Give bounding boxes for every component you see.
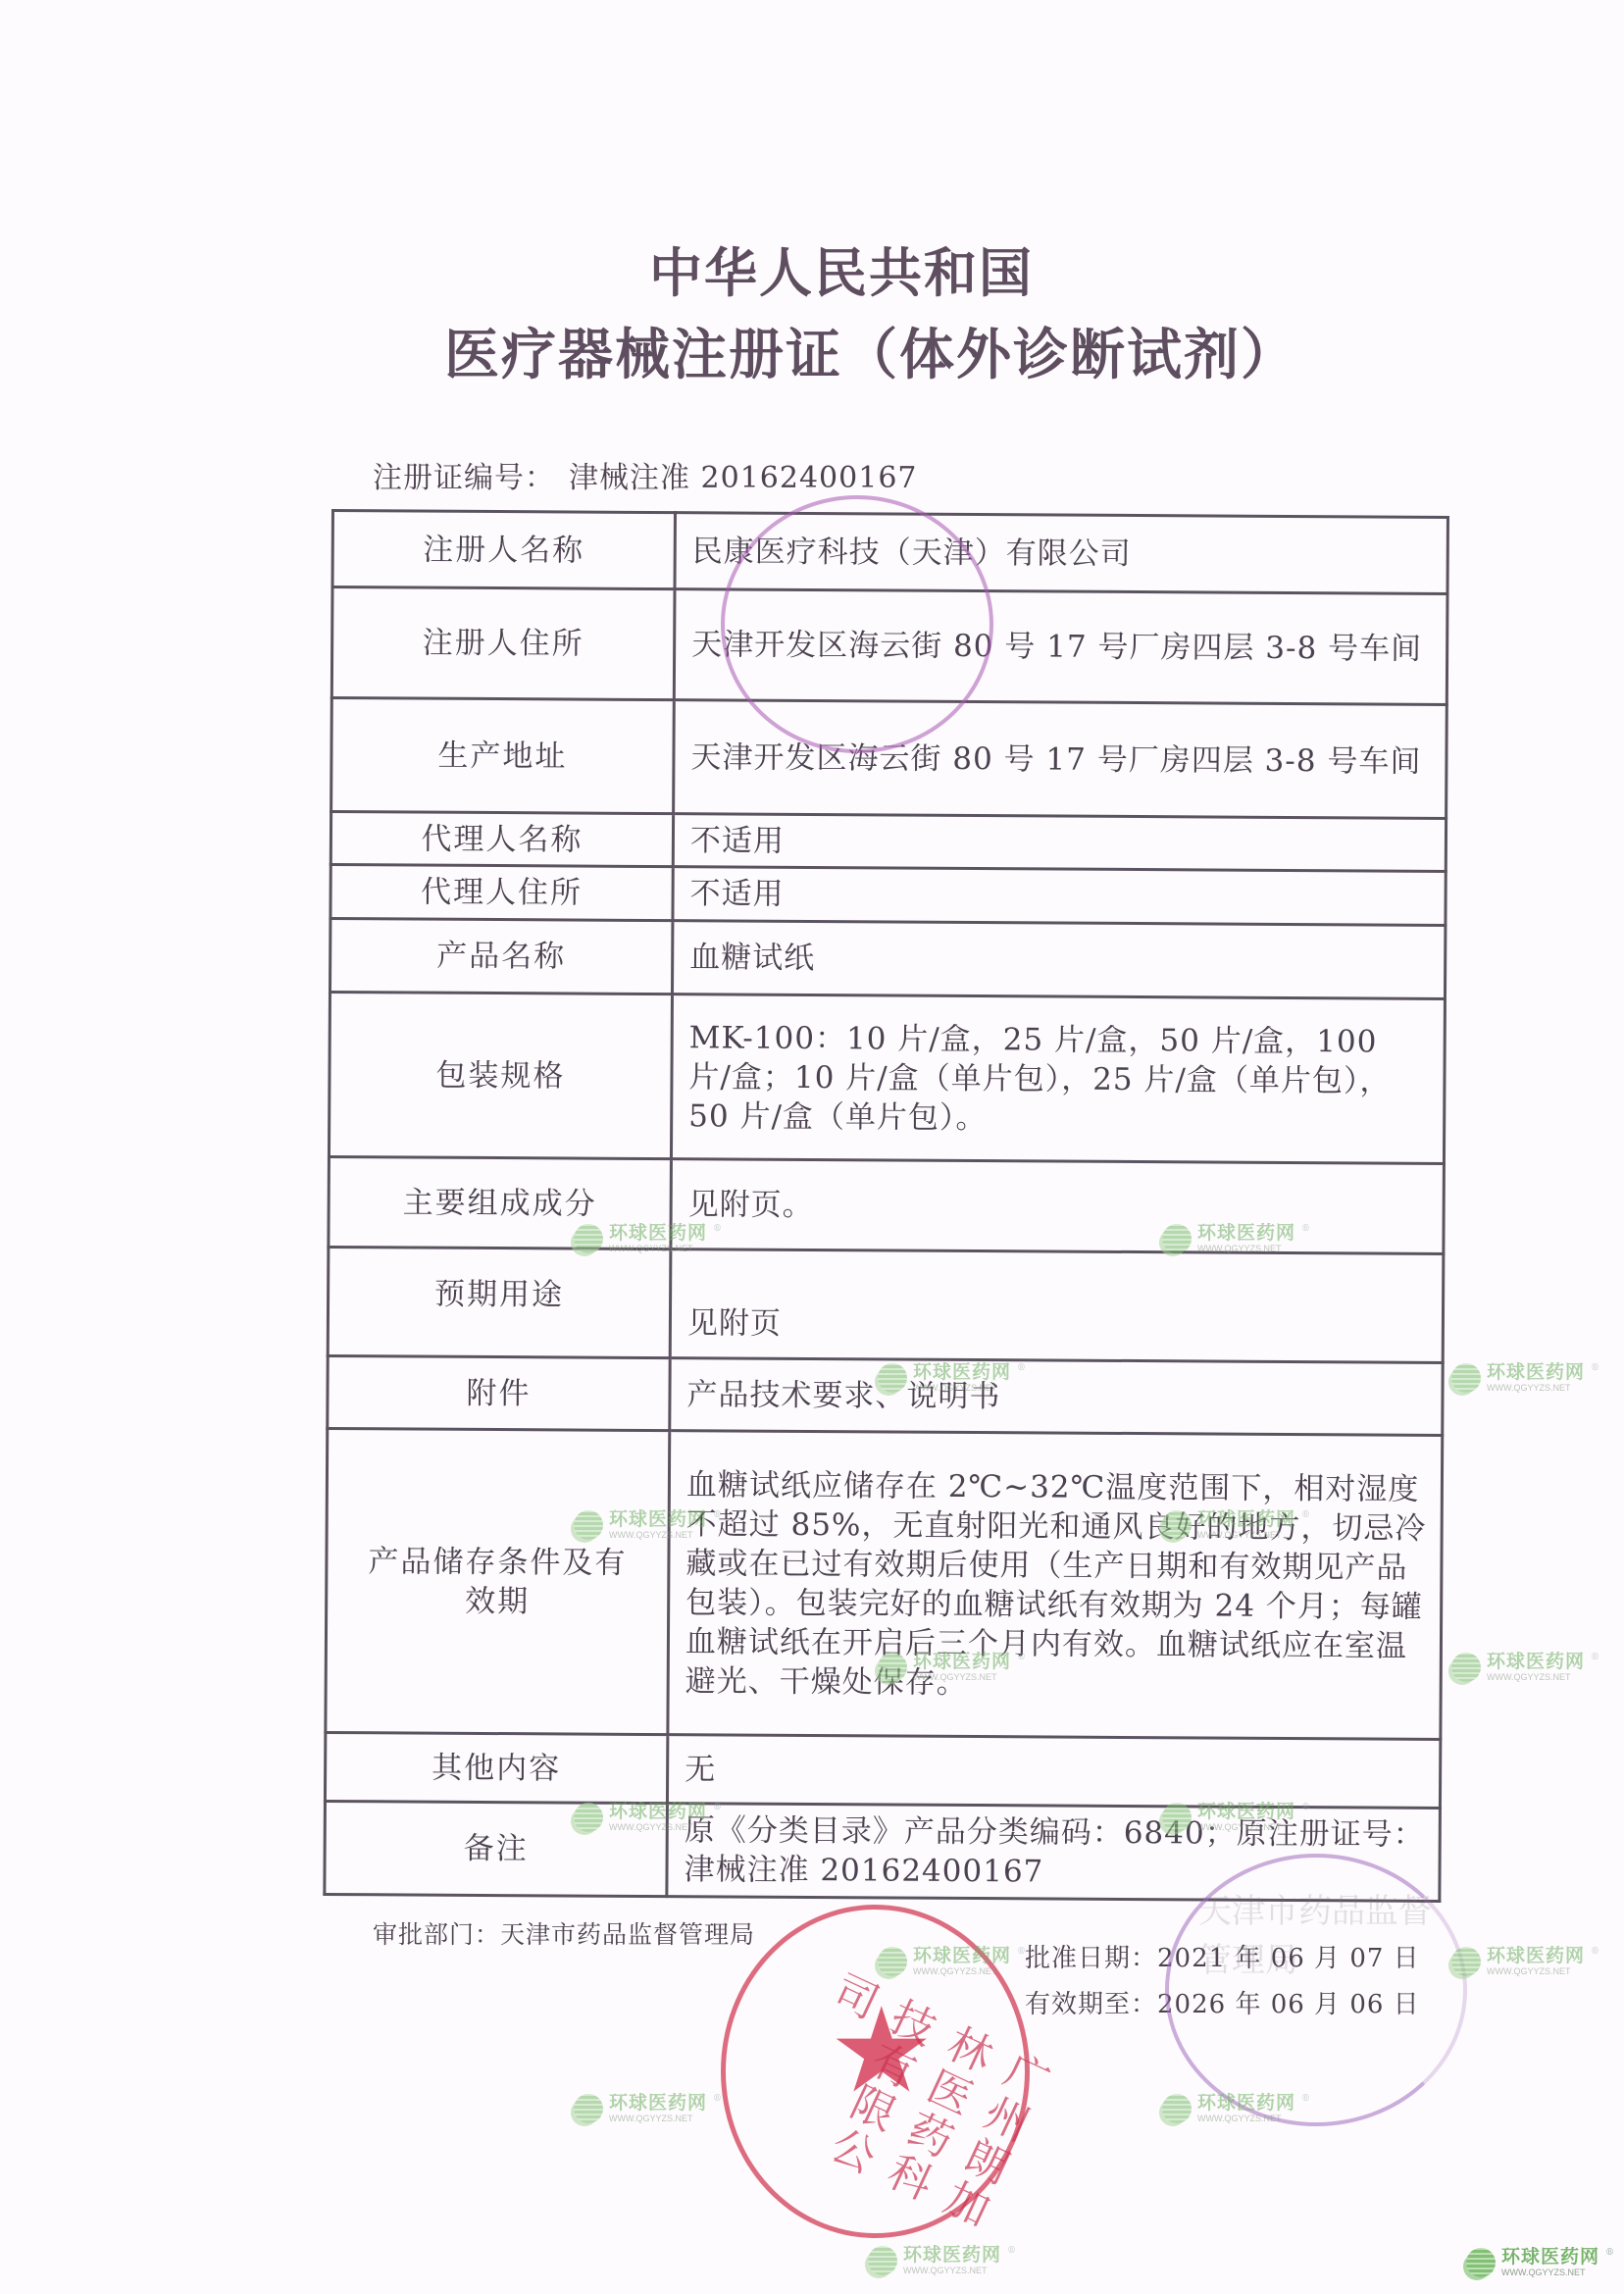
row-label: 预期用途: [328, 1247, 671, 1357]
table-row-packaging-spec: 包装规格 MK-100：10 片/盒，25 片/盒，50 片/盒，100 片/盒…: [329, 993, 1445, 1164]
row-label: 备注: [325, 1801, 668, 1896]
row-value: 血糖试纸应储存在 2℃~32℃温度范围下，相对湿度不超过 85%，无直射阳光和通…: [668, 1431, 1443, 1740]
registered-mark: ®: [1591, 1363, 1599, 1373]
registration-number-value: 津械注准 20162400167: [569, 461, 918, 495]
row-value: 民康医疗科技（天津）有限公司: [675, 513, 1447, 594]
row-value: 无: [667, 1735, 1440, 1809]
watermark-name: 环球医药网: [1197, 2094, 1295, 2113]
watermark: 环球医药网WWW.QGYYZS.NET ®: [1451, 1653, 1599, 1682]
table-row-remarks: 备注 原《分类目录》产品分类编码：6840；原注册证号：津械注准 2016240…: [325, 1801, 1441, 1901]
watermark: 环球医药网WWW.QGYYZS.NET ®: [868, 2246, 1016, 2275]
watermark-url: WWW.QGYYZS.NET: [903, 2267, 1001, 2275]
company-seal-text: 广州朗加林医药科技有限公司: [736, 1961, 1060, 2275]
row-value: 天津开发区海云街 80 号 17 号厂房四层 3-8 号车间: [674, 700, 1447, 819]
watermark-url: WWW.QGYYZS.NET: [1501, 2269, 1599, 2277]
certificate-table: 注册人名称 民康医疗科技（天津）有限公司 注册人住所 天津开发区海云街 80 号…: [323, 509, 1449, 1903]
table-row-storage-validity: 产品储存条件及有效期 血糖试纸应储存在 2℃~32℃温度范围下，相对湿度不超过 …: [326, 1428, 1443, 1739]
watermark-corner-logo: 环球医药网WWW.QGYYZS.NET ®: [1466, 2248, 1614, 2277]
row-label: 包装规格: [329, 993, 672, 1159]
table-row-attachments: 附件 产品技术要求、说明书: [328, 1355, 1443, 1435]
globe-icon: [1451, 1363, 1481, 1393]
table-row-production-address: 生产地址 天津开发区海云街 80 号 17 号厂房四层 3-8 号车间: [331, 698, 1447, 819]
watermark-url: WWW.QGYYZS.NET: [913, 1967, 1011, 1976]
row-label: 注册人名称: [332, 511, 675, 589]
document-title-certificate: 医疗器械注册证（体外诊断试剂）: [59, 312, 1624, 390]
globe-icon: [1451, 1947, 1481, 1976]
registered-mark: ®: [713, 2094, 722, 2104]
row-value: 原《分类目录》产品分类编码：6840；原注册证号：津械注准 2016240016…: [667, 1804, 1441, 1902]
globe-icon: [868, 2246, 897, 2275]
approval-department: 审批部门：天津市药品监督管理局: [373, 1915, 755, 1951]
table-row-intended-use: 预期用途 见附页: [328, 1247, 1444, 1362]
row-label: 产品名称: [330, 919, 672, 994]
watermark-name: 环球医药网: [1487, 1947, 1585, 1965]
row-label: 其他内容: [325, 1732, 667, 1803]
globe-icon: [878, 1947, 907, 1976]
watermark-url: WWW.QGYYZS.NET: [1197, 2115, 1295, 2123]
registered-mark: ®: [1591, 1947, 1599, 1957]
watermark: 环球医药网WWW.QGYYZS.NET ®: [1451, 1947, 1599, 1976]
approval-date: 批准日期：2021 年 06 月 07 日: [1025, 1938, 1420, 1974]
globe-icon: [574, 2094, 603, 2123]
table-row-product-name: 产品名称 血糖试纸: [330, 919, 1445, 999]
registered-mark: ®: [1301, 2094, 1310, 2104]
row-value: 天津开发区海云街 80 号 17 号厂房四层 3-8 号车间: [674, 589, 1447, 705]
watermark: 环球医药网WWW.QGYYZS.NET ®: [574, 2094, 722, 2123]
row-value: 见附页。: [671, 1159, 1445, 1254]
row-value: 不适用: [673, 867, 1446, 926]
watermark-url: WWW.QGYYZS.NET: [1487, 1967, 1585, 1976]
table-row-registrant-name: 注册人名称 民康医疗科技（天津）有限公司: [332, 511, 1447, 594]
watermark-url: WWW.QGYYZS.NET: [609, 2115, 707, 2123]
watermark: 环球医药网WWW.QGYYZS.NET ®: [878, 1947, 1026, 1976]
table-row-agent-name: 代理人名称 不适用: [330, 812, 1446, 872]
row-label: 注册人住所: [331, 587, 675, 700]
watermark-url: WWW.QGYYZS.NET: [1487, 1384, 1585, 1393]
watermark-name: 环球医药网: [903, 2246, 1001, 2265]
row-label: 代理人住所: [330, 865, 673, 921]
table-row-agent-address: 代理人住所 不适用: [330, 865, 1446, 926]
watermark-name: 环球医药网: [1487, 1653, 1585, 1671]
approval-date-value: 2021 年 06 月 07 日: [1157, 1944, 1420, 1973]
row-value: 不适用: [673, 814, 1446, 872]
globe-icon: [1162, 2094, 1192, 2123]
watermark-name: 环球医药网: [913, 1947, 1011, 1965]
row-label: 代理人名称: [330, 812, 673, 867]
watermark-name: 环球医药网: [609, 2094, 707, 2113]
document-title-country: 中华人民共和国: [29, 231, 1624, 307]
row-value: 血糖试纸: [672, 921, 1445, 999]
watermark-name: 环球医药网: [1487, 1363, 1585, 1382]
row-value: MK-100：10 片/盒，25 片/盒，50 片/盒，100 片/盒；10 片…: [671, 994, 1445, 1164]
globe-icon: [1451, 1653, 1481, 1682]
company-seal: ★ 广州朗加林医药科技有限公司: [721, 1905, 1030, 2238]
star-icon: ★: [829, 1993, 935, 2111]
row-value: 见附页: [670, 1249, 1444, 1363]
approval-department-label: 审批部门：: [373, 1920, 500, 1949]
watermark-url: WWW.QGYYZS.NET: [1487, 1673, 1585, 1682]
watermark: 环球医药网WWW.QGYYZS.NET ®: [1451, 1363, 1599, 1393]
registered-mark: ®: [1591, 1653, 1599, 1662]
valid-until-value: 2026 年 06 月 06 日: [1157, 1990, 1420, 2019]
row-label: 主要组成成分: [329, 1156, 672, 1249]
row-value: 产品技术要求、说明书: [670, 1358, 1443, 1436]
valid-until-label: 有效期至：: [1025, 1990, 1157, 2019]
row-label: 生产地址: [331, 698, 675, 814]
registration-number: 注册证编号：津械注准 20162400167: [373, 453, 918, 496]
table-row-registrant-address: 注册人住所 天津开发区海云街 80 号 17 号厂房四层 3-8 号车间: [331, 587, 1447, 705]
watermark-name: 环球医药网: [1501, 2248, 1599, 2267]
approval-date-label: 批准日期：: [1025, 1944, 1157, 1973]
registered-mark: ®: [1605, 2248, 1614, 2258]
table-row-other-content: 其他内容 无: [325, 1732, 1440, 1808]
valid-until: 有效期至：2026 年 06 月 06 日: [1025, 1984, 1420, 2020]
globe-icon: [1466, 2248, 1496, 2277]
watermark: 环球医药网WWW.QGYYZS.NET ®: [1162, 2094, 1310, 2123]
registration-number-label: 注册证编号：: [373, 461, 555, 495]
row-label: 附件: [328, 1355, 670, 1430]
registered-mark: ®: [1007, 2246, 1016, 2256]
row-label: 产品储存条件及有效期: [326, 1428, 670, 1734]
approval-department-value: 天津市药品监督管理局: [500, 1920, 755, 1949]
table-row-main-components: 主要组成成分 见附页。: [329, 1156, 1445, 1253]
